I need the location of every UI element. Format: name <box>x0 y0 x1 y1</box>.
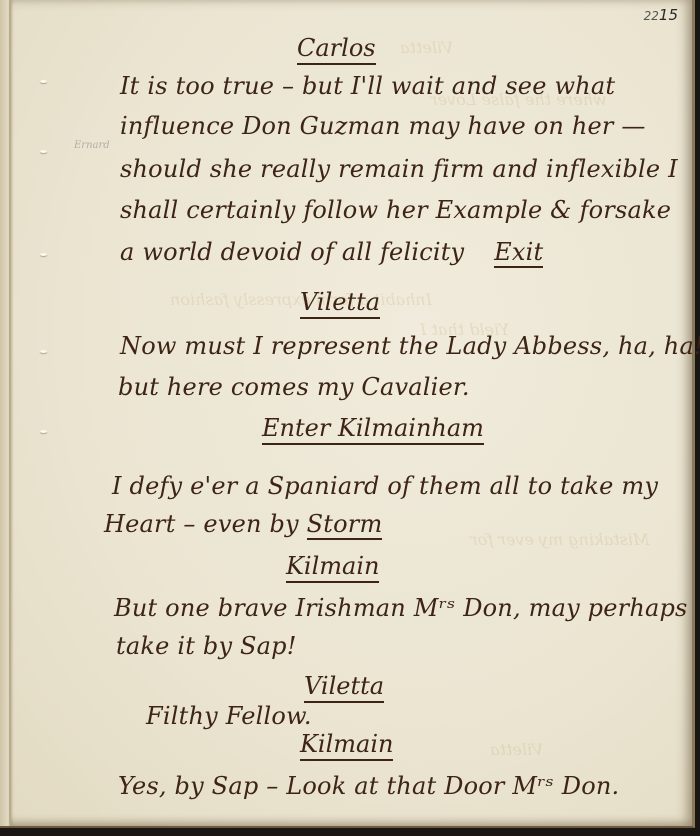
stage-direction-exit: Exit <box>494 238 543 268</box>
stage-direction-enter: Enter Kilmainham <box>262 414 484 445</box>
binding-gutter <box>0 0 9 826</box>
dialogue-line: a world devoid of all felicity Exit <box>120 238 543 266</box>
stitch-hole <box>40 430 47 433</box>
stitch-hole <box>40 350 47 353</box>
stitch-hole <box>40 80 47 83</box>
binding-edge <box>9 0 11 826</box>
dialogue-line: but here comes my Cavalier. <box>118 373 470 401</box>
dialogue-line: influence Don Guzman may have on her — <box>120 112 646 140</box>
stage-direction-name: Kilmainham <box>338 414 484 442</box>
folio-number: 2215 <box>644 6 678 24</box>
dialogue-line: take it by Sap! <box>116 632 297 660</box>
stitch-hole <box>40 150 47 153</box>
dialogue-line: Heart – even by Storm <box>104 510 382 538</box>
manuscript-page: Viletta where the false Lover Inhabit a … <box>0 0 695 828</box>
underlined-word: Storm <box>307 510 383 540</box>
speaker-heading: Kilmain <box>300 730 393 761</box>
stitch-hole <box>40 253 47 256</box>
dialogue-line: But one brave Irishman Mʳˢ Don, may perh… <box>114 594 688 622</box>
dialogue-text: Heart – even by <box>104 510 299 538</box>
show-through-text: Viletta <box>400 38 453 57</box>
dialogue-line: shall certainly follow her Example & for… <box>120 196 671 224</box>
stage-direction-prefix: Enter <box>262 414 330 442</box>
dialogue-line: I defy e'er a Spaniard of them all to ta… <box>112 472 658 500</box>
margin-note: Ernard <box>74 140 110 151</box>
speaker-heading: Viletta <box>304 672 384 703</box>
dialogue-line: It is too true – but I'll wait and see w… <box>120 72 615 100</box>
dialogue-line: Yes, by Sap – Look at that Door Mʳˢ Don. <box>118 772 619 800</box>
folio-ink-number: 15 <box>659 6 678 24</box>
speaker-heading: Carlos <box>297 34 376 65</box>
dialogue-line: should she really remain firm and inflex… <box>120 155 678 183</box>
speaker-heading: Viletta <box>300 288 380 319</box>
dialogue-text: a world devoid of all felicity <box>120 238 464 266</box>
folio-pencil-number: 22 <box>644 9 659 23</box>
show-through-text: Mistaking my ever for <box>470 530 649 549</box>
show-through-text: Viletta <box>490 740 543 759</box>
dialogue-line: Filthy Fellow. <box>146 702 312 730</box>
dialogue-line: Now must I represent the Lady Abbess, ha… <box>120 332 700 360</box>
speaker-heading: Kilmain <box>286 552 379 583</box>
